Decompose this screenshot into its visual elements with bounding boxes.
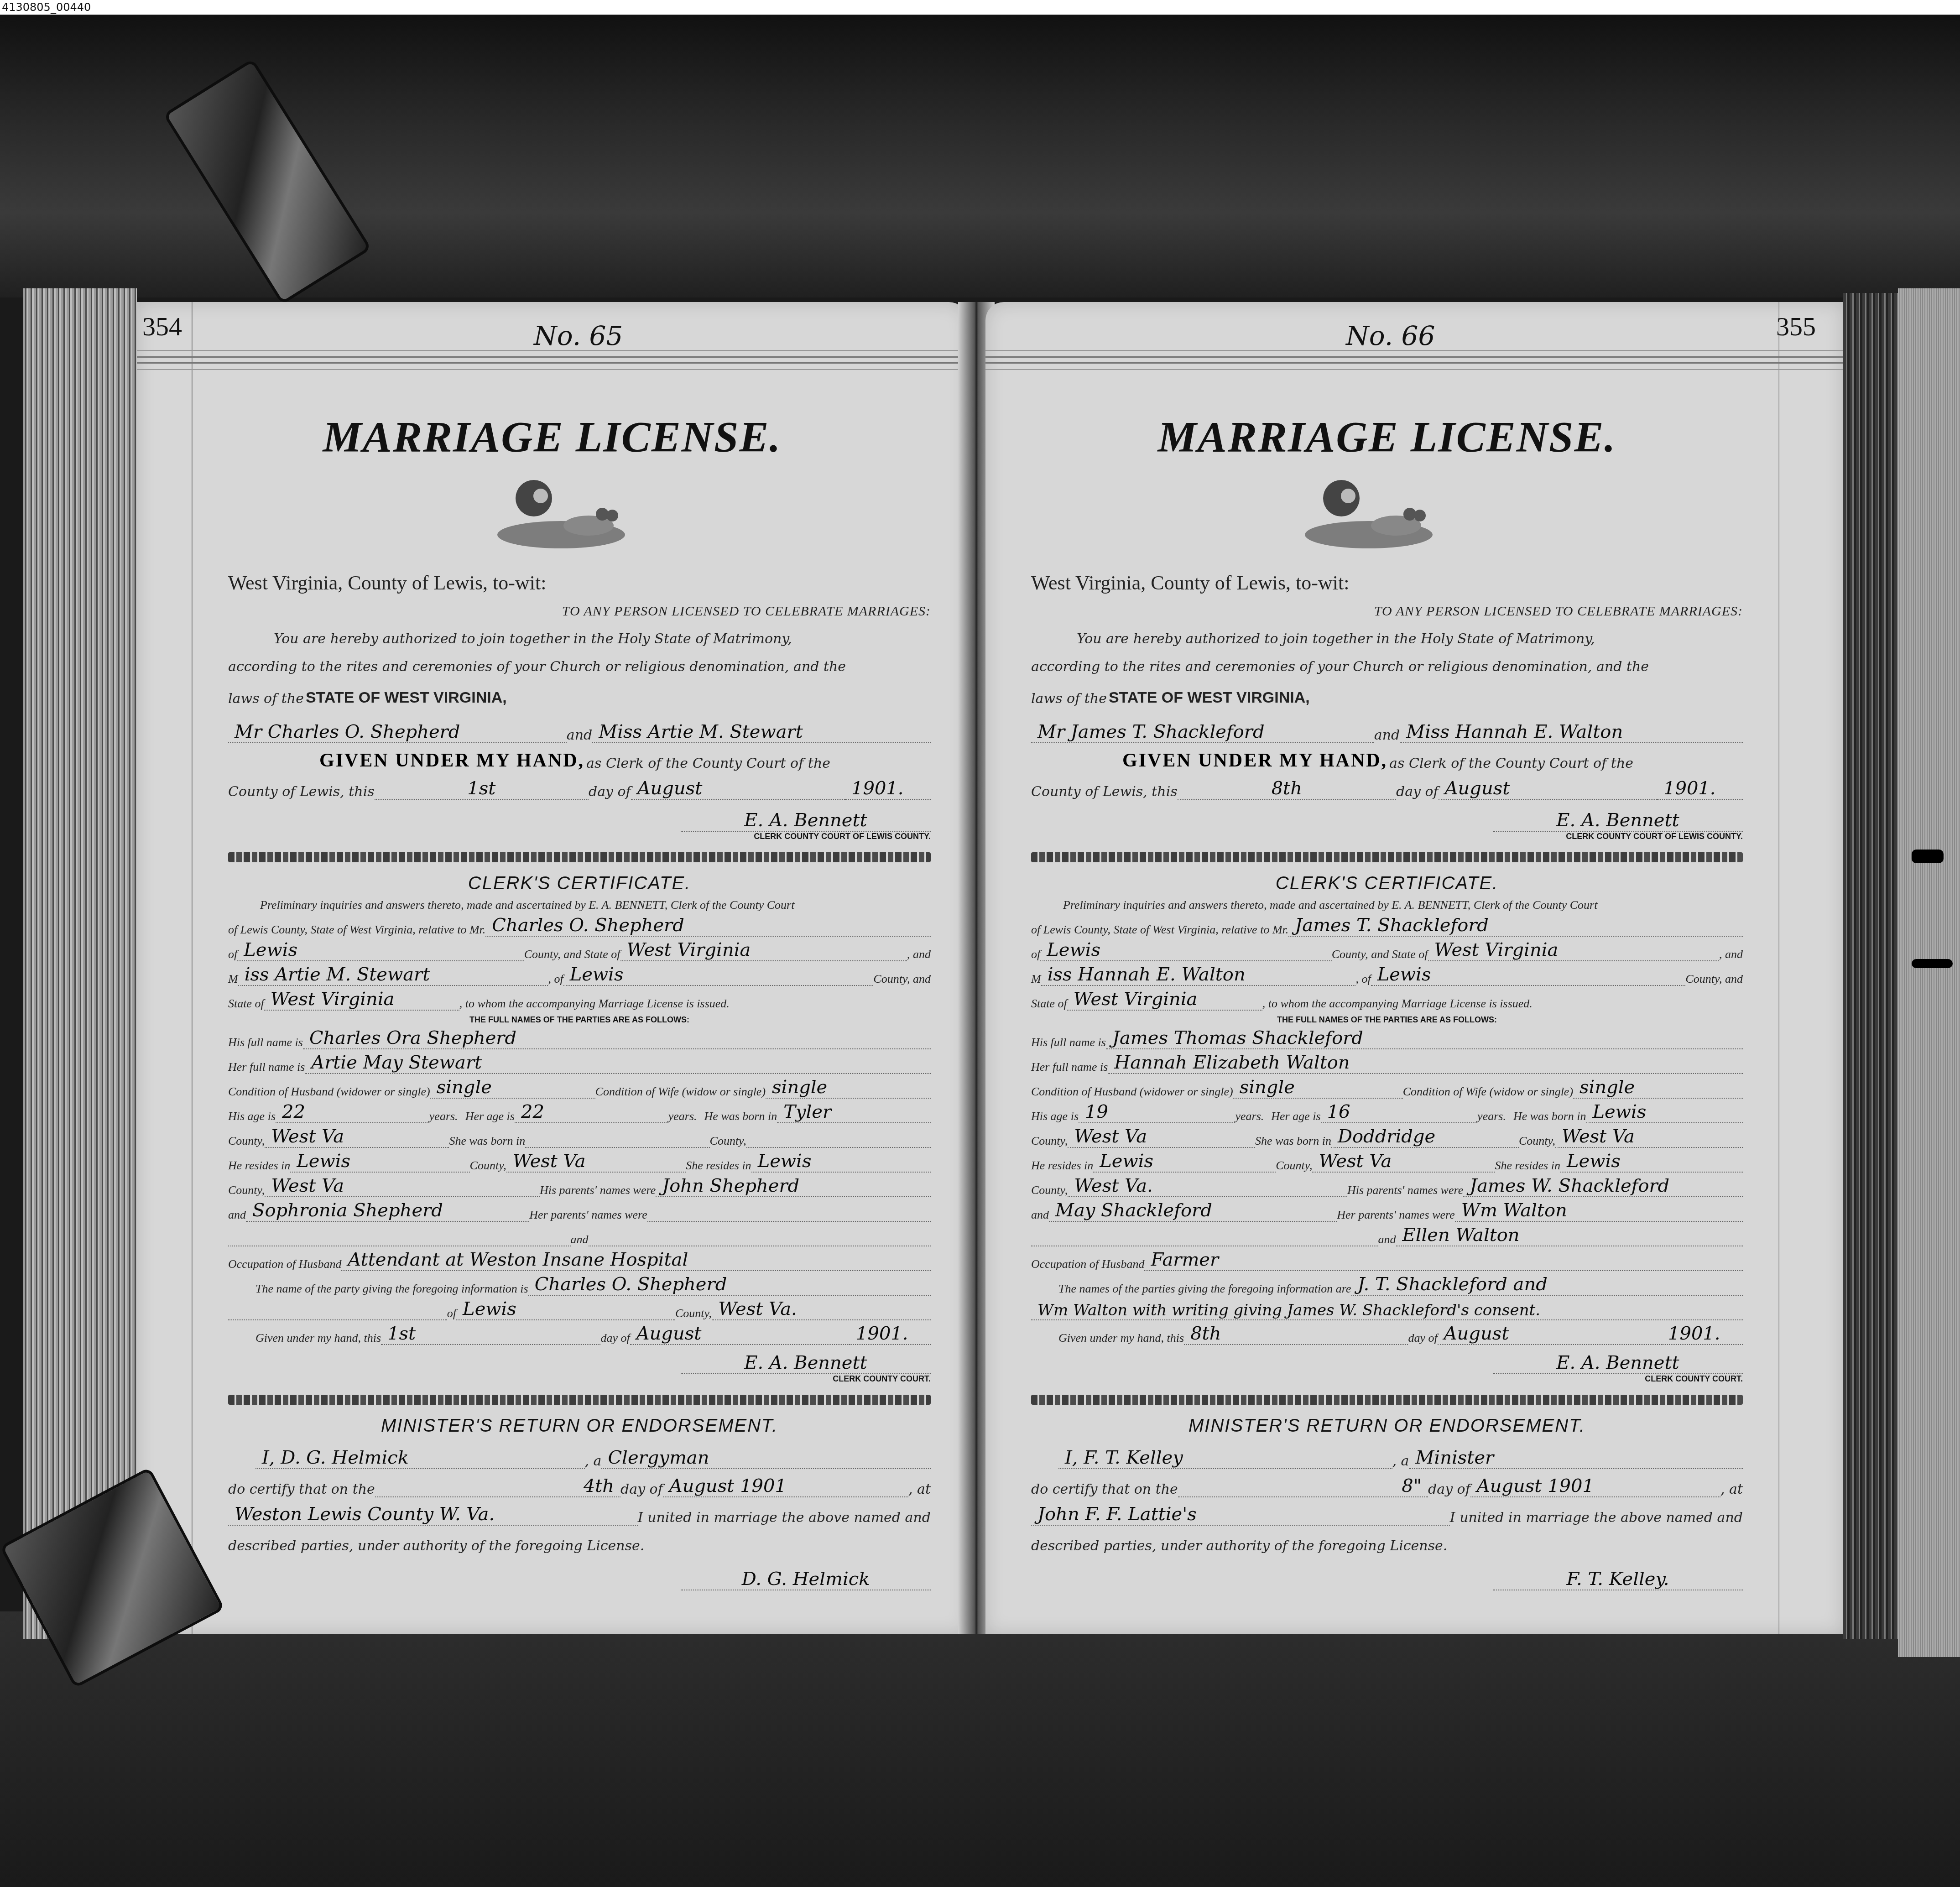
she-born-state-field	[746, 1147, 931, 1148]
clerk-signature: E. A. Bennett	[681, 1352, 931, 1374]
given-under-rest: as Clerk of the County Court of the	[586, 756, 830, 771]
she-resides-field: Lewis	[1560, 1151, 1743, 1173]
at-label: , at	[1720, 1481, 1743, 1497]
license-day-field: 1st	[375, 778, 589, 800]
relative-to-field: James T. Shackleford	[1288, 915, 1743, 937]
minister-role-field: Clergyman	[601, 1447, 931, 1469]
relative-label: of Lewis County, State of West Virginia,…	[228, 923, 485, 937]
she-born-field: Doddridge	[1331, 1126, 1519, 1148]
certificate-number: No. 66	[1346, 320, 1435, 351]
he-resides-label: He resides in	[1031, 1159, 1093, 1173]
and-label: , and	[1719, 948, 1743, 961]
license-year-field: 1901.	[1657, 778, 1743, 800]
her-parents-label: Her parents' names were	[1337, 1208, 1455, 1222]
page-number: 354	[142, 311, 182, 342]
at-label: , at	[908, 1481, 931, 1497]
license-state: STATE OF WEST VIRGINIA,	[1109, 689, 1310, 707]
index-tab-mark	[1912, 959, 1953, 968]
united-label: I united in marriage the above named and	[1450, 1510, 1743, 1526]
her-state-field: West Virginia	[264, 989, 459, 1011]
day-of-label: day of	[1396, 784, 1439, 800]
occupation-label: Occupation of Husband	[1031, 1257, 1144, 1271]
informant-state-field: West Va.	[712, 1298, 931, 1320]
cupid-doves-vignette-icon	[1300, 475, 1437, 553]
certify-label: do certify that on the	[1031, 1481, 1178, 1497]
united-label: I united in marriage the above named and	[638, 1510, 931, 1526]
he-resides-field: Lewis	[290, 1151, 469, 1173]
certify-label: do certify that on the	[228, 1481, 375, 1497]
his-parent-1-field: John Shepherd	[656, 1175, 931, 1197]
given-under-label: GIVEN UNDER MY HAND,	[319, 750, 584, 771]
issued-label: , to whom the accompanying Marriage Lice…	[459, 997, 730, 1011]
informant-label: The name of the party giving the foregoi…	[255, 1282, 528, 1296]
her-parent-1-field	[647, 1221, 931, 1222]
her-state-field: West Virginia	[1067, 989, 1262, 1011]
county-label: County,	[710, 1134, 746, 1148]
he-resides-field: Lewis	[1093, 1151, 1276, 1173]
day-of-label: day of	[1408, 1331, 1437, 1345]
his-parents-label: His parents' names were	[1347, 1183, 1463, 1197]
described-label: described parties, under authority of th…	[1031, 1538, 1447, 1554]
license-month-field: August	[631, 778, 845, 800]
county-label: County,	[675, 1307, 712, 1320]
years-label: years.	[1477, 1110, 1506, 1123]
marriage-month-year-field: August 1901	[663, 1475, 908, 1497]
marriage-month-year-field: August 1901	[1470, 1475, 1720, 1497]
county-and-label: County, and	[1685, 972, 1743, 986]
informant-field: J. T. Shackleford and	[1351, 1274, 1743, 1296]
her-parent-1-field: Wm Walton	[1455, 1200, 1743, 1222]
full-names-heading: THE FULL NAMES OF THE PARTIES ARE AS FOL…	[1031, 1015, 1743, 1025]
m-label: M	[1031, 972, 1041, 986]
county-label: County,	[1276, 1159, 1312, 1173]
his-age-label: His age is	[1031, 1110, 1079, 1123]
and-label: and	[228, 1208, 246, 1222]
she-born-state-field: West Va	[1555, 1126, 1743, 1148]
her-county-field: Lewis	[1371, 964, 1686, 986]
minister-signature: F. T. Kelley.	[1493, 1569, 1743, 1590]
given-under-rest: as Clerk of the County Court of the	[1389, 756, 1633, 771]
license-month-field: August	[1439, 778, 1657, 800]
clerk-title: CLERK COUNTY COURT.	[228, 1374, 931, 1384]
her-full-name-field: Artie May Stewart	[305, 1052, 931, 1074]
right-page: 355 No. 66 MARRIAGE LICENSE. West Virgin…	[985, 302, 1843, 1634]
county-this-label: County of Lewis, this	[228, 784, 375, 800]
county-state-label: County, and State of	[1332, 948, 1428, 961]
county-label: County,	[228, 1183, 265, 1197]
his-age-label: His age is	[228, 1110, 276, 1123]
her-parent-blank	[1031, 1246, 1378, 1246]
ministers-return-heading: MINISTER'S RETURN OR ENDORSEMENT.	[228, 1416, 931, 1436]
minister-name-field: I, F. T. Kelley	[1058, 1447, 1392, 1469]
county-this-label: County of Lewis, this	[1031, 784, 1178, 800]
right-page-edges	[1843, 293, 1898, 1639]
his-parents-label: His parents' names were	[540, 1183, 656, 1197]
she-resides-field: Lewis	[751, 1151, 931, 1173]
license-venue: West Virginia, County of Lewis, to-wit:	[1031, 571, 1743, 594]
his-age-field: 22	[276, 1101, 429, 1123]
day-of-label: day of	[589, 784, 631, 800]
he-resides-state-field: West Va	[1312, 1151, 1495, 1173]
minister-signature: D. G. Helmick	[681, 1569, 931, 1590]
of-label: of	[228, 948, 237, 961]
state-of-label: State of	[1031, 997, 1067, 1011]
he-born-state-field: West Va	[265, 1126, 449, 1148]
county-label: County,	[1031, 1183, 1068, 1197]
ornamental-divider	[228, 1395, 931, 1405]
day-of-label: day of	[1428, 1481, 1470, 1497]
license-body-line: according to the rites and ceremonies of…	[228, 659, 931, 675]
margin-rule	[192, 302, 193, 1634]
bride-name-field: Miss Artie M. Stewart	[592, 721, 931, 743]
her-parents-label: Her parents' names were	[529, 1208, 647, 1222]
his-full-name-field: Charles Ora Shepherd	[303, 1027, 931, 1049]
county-label: County,	[470, 1159, 506, 1173]
certificate-intro: Preliminary inquiries and answers theret…	[228, 898, 931, 912]
groom-name-field: Mr Charles O. Shepherd	[228, 721, 567, 743]
he-born-label: He was born in	[704, 1110, 777, 1123]
condition-wife-label: Condition of Wife (widow or single)	[595, 1085, 766, 1099]
his-parent-2-field: May Shackleford	[1049, 1200, 1337, 1222]
license-state: STATE OF WEST VIRGINIA,	[306, 689, 507, 707]
he-born-field: Lewis	[1586, 1101, 1743, 1123]
her-county-field: Lewis	[563, 964, 874, 986]
clerk-title: CLERK COUNTY COURT OF LEWIS COUNTY.	[228, 832, 931, 841]
bride-name-field: iss Artie M. Stewart	[238, 964, 548, 986]
clerk-signature: E. A. Bennett	[1493, 1352, 1743, 1374]
his-full-name-field: James Thomas Shackleford	[1106, 1027, 1743, 1049]
certificate-number: No. 65	[534, 320, 623, 351]
marriage-place-field: Weston Lewis County W. Va.	[228, 1504, 638, 1526]
minister-role-field: Minister	[1409, 1447, 1743, 1469]
her-parent-2-field	[589, 1246, 931, 1246]
ministers-return-heading: MINISTER'S RETURN OR ENDORSEMENT.	[1031, 1416, 1743, 1436]
given-label: Given under my hand, this	[255, 1331, 381, 1345]
she-resides-state-field: West Va.	[1068, 1175, 1347, 1197]
informant-blank	[228, 1319, 447, 1320]
left-page: 354 No. 65 MARRIAGE LICENSE. West Virgin…	[137, 302, 967, 1634]
certificate-intro: Preliminary inquiries and answers theret…	[1031, 898, 1743, 912]
she-born-label: She was born in	[449, 1134, 525, 1148]
marriage-place-field: John F. F. Lattie's	[1031, 1504, 1450, 1526]
he-resides-label: He resides in	[228, 1159, 290, 1173]
she-born-field	[525, 1147, 709, 1148]
she-born-label: She was born in	[1255, 1134, 1331, 1148]
described-label: described parties, under authority of th…	[228, 1538, 644, 1554]
given-month-field: August	[1438, 1323, 1662, 1345]
bride-name-field: iss Hannah E. Walton	[1041, 964, 1356, 986]
relative-label: of Lewis County, State of West Virginia,…	[1031, 923, 1288, 937]
given-year-field: 1901.	[850, 1323, 931, 1345]
she-resides-label: She resides in	[1495, 1159, 1560, 1173]
informant-line-2: Wm Walton with writing giving James W. S…	[1031, 1301, 1743, 1320]
a-label: , a	[1392, 1453, 1409, 1469]
license-addressee: TO ANY PERSON LICENSED TO CELEBRATE MARR…	[1031, 604, 1743, 619]
given-year-field: 1901.	[1662, 1323, 1743, 1345]
he-born-state-field: West Va	[1068, 1126, 1255, 1148]
and-label: and	[1374, 727, 1400, 743]
her-age-field: 22	[515, 1101, 668, 1123]
his-parent-1-field: James W. Shackleford	[1463, 1175, 1743, 1197]
her-age-label: Her age is	[1271, 1110, 1320, 1123]
his-full-name-label: His full name is	[228, 1036, 303, 1049]
license-body-line: according to the rites and ceremonies of…	[1031, 659, 1743, 675]
her-parent-blank	[228, 1246, 571, 1246]
and-label: and	[1378, 1233, 1396, 1246]
he-resides-state-field: West Va	[506, 1151, 686, 1173]
his-state-field: West Virginia	[1428, 939, 1719, 961]
condition-wife-label: Condition of Wife (widow or single)	[1403, 1085, 1573, 1099]
day-of-label: day of	[600, 1331, 630, 1345]
page-number: 355	[1776, 311, 1816, 342]
county-label: County,	[228, 1134, 265, 1148]
book-cover	[1898, 288, 1960, 1657]
years-label: years.	[668, 1110, 697, 1123]
clerk-signature: E. A. Bennett	[681, 810, 931, 832]
occupation-field: Farmer	[1144, 1249, 1743, 1271]
license-body-line: You are hereby authorized to join togeth…	[1031, 631, 1743, 647]
condition-wife-field: single	[1573, 1077, 1743, 1099]
given-month-field: August	[630, 1323, 850, 1345]
years-label: years.	[1235, 1110, 1264, 1123]
ornamental-divider	[1031, 852, 1743, 862]
his-full-name-label: His full name is	[1031, 1036, 1106, 1049]
county-label: County,	[1519, 1134, 1555, 1148]
his-county-field: Lewis	[237, 939, 524, 961]
marriage-day-field: 8"	[1178, 1475, 1428, 1497]
margin-rule	[1778, 302, 1779, 1634]
he-born-field: Tyler	[777, 1101, 931, 1123]
occupation-field: Attendant at Weston Insane Hospital	[341, 1249, 931, 1271]
county-state-label: County, and State of	[524, 948, 620, 961]
condition-husband-label: Condition of Husband (widower or single)	[228, 1085, 430, 1099]
her-parent-2-field: Ellen Walton	[1396, 1225, 1743, 1246]
license-body-prefix: laws of the	[1031, 691, 1107, 707]
and-label: and	[571, 1233, 589, 1246]
of-label: , of	[548, 972, 563, 986]
relative-to-field: Charles O. Shepherd	[485, 915, 931, 937]
her-age-field: 16	[1321, 1101, 1477, 1123]
condition-wife-field: single	[766, 1077, 931, 1099]
years-label: years.	[429, 1110, 458, 1123]
issued-label: , to whom the accompanying Marriage Lice…	[1262, 997, 1533, 1011]
condition-husband-label: Condition of Husband (widower or single)	[1031, 1085, 1233, 1099]
marriage-day-field: 4th	[375, 1475, 620, 1497]
and-label: and	[567, 727, 592, 743]
of-label: of	[447, 1307, 456, 1320]
background-floor	[0, 1611, 1960, 1887]
informant-label: The names of the parties giving the fore…	[1058, 1282, 1351, 1296]
occupation-label: Occupation of Husband	[228, 1257, 341, 1271]
county-label: County,	[1031, 1134, 1068, 1148]
clerks-certificate-heading: CLERK'S CERTIFICATE.	[228, 873, 931, 894]
and-label: and	[1031, 1208, 1049, 1222]
his-state-field: West Virginia	[620, 939, 907, 961]
county-and-label: County, and	[873, 972, 931, 986]
condition-husband-field: single	[430, 1077, 595, 1099]
given-label: Given under my hand, this	[1058, 1331, 1184, 1345]
minister-name-field: I, D. G. Helmick	[255, 1447, 585, 1469]
license-year-field: 1901.	[845, 778, 931, 800]
of-label: , of	[1355, 972, 1371, 986]
clerk-title: CLERK COUNTY COURT OF LEWIS COUNTY.	[1031, 832, 1743, 841]
and-label: , and	[907, 948, 931, 961]
license-body-prefix: laws of the	[228, 691, 304, 707]
license-day-field: 8th	[1178, 778, 1396, 800]
license-venue: West Virginia, County of Lewis, to-wit:	[228, 571, 931, 594]
he-born-label: He was born in	[1513, 1110, 1586, 1123]
ornamental-divider	[228, 852, 931, 862]
given-day-field: 8th	[1184, 1323, 1408, 1345]
license-body-line: You are hereby authorized to join togeth…	[228, 631, 931, 647]
left-page-edges	[23, 288, 137, 1639]
index-tab-mark	[1912, 850, 1944, 863]
his-parent-2-field: Sophronia Shepherd	[246, 1200, 529, 1222]
her-age-label: Her age is	[465, 1110, 515, 1123]
license-addressee: TO ANY PERSON LICENSED TO CELEBRATE MARR…	[228, 604, 931, 619]
her-full-name-label: Her full name is	[1031, 1060, 1108, 1074]
her-full-name-field: Hannah Elizabeth Walton	[1108, 1052, 1743, 1074]
full-names-heading: THE FULL NAMES OF THE PARTIES ARE AS FOL…	[228, 1015, 931, 1025]
clerk-signature: E. A. Bennett	[1493, 810, 1743, 832]
clerk-title: CLERK COUNTY COURT.	[1031, 1374, 1743, 1384]
license-title: MARRIAGE LICENSE.	[985, 412, 1788, 462]
his-age-field: 19	[1079, 1101, 1235, 1123]
she-resides-label: She resides in	[686, 1159, 751, 1173]
of-label: of	[1031, 948, 1040, 961]
her-full-name-label: Her full name is	[228, 1060, 305, 1074]
clerks-certificate-heading: CLERK'S CERTIFICATE.	[1031, 873, 1743, 894]
given-under-label: GIVEN UNDER MY HAND,	[1122, 750, 1387, 771]
informant-county-field: Lewis	[456, 1298, 675, 1320]
day-of-label: day of	[620, 1481, 663, 1497]
m-label: M	[228, 972, 238, 986]
header-rules	[985, 350, 1843, 370]
state-of-label: State of	[228, 997, 264, 1011]
scanned-ledger: 354 No. 65 MARRIAGE LICENSE. West Virgin…	[0, 15, 1960, 1887]
license-title: MARRIAGE LICENSE.	[137, 412, 967, 462]
a-label: , a	[585, 1453, 602, 1469]
bride-name-field: Miss Hannah E. Walton	[1400, 721, 1743, 743]
she-resides-state-field: West Va	[265, 1175, 540, 1197]
ornamental-divider	[1031, 1395, 1743, 1405]
image-caption: 4130805_00440	[0, 0, 1960, 15]
informant-field: Charles O. Shepherd	[528, 1274, 931, 1296]
header-rules	[137, 350, 967, 370]
condition-husband-field: single	[1233, 1077, 1403, 1099]
cupid-doves-vignette-icon	[493, 475, 630, 553]
groom-name-field: Mr James T. Shackleford	[1031, 721, 1374, 743]
his-county-field: Lewis	[1040, 939, 1331, 961]
given-day-field: 1st	[381, 1323, 600, 1345]
